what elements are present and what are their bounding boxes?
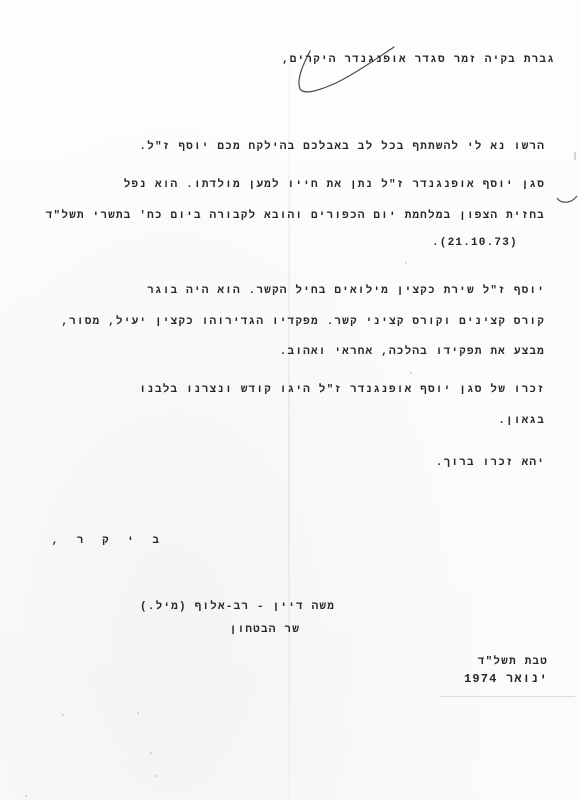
paper-fold-line: [288, 0, 290, 800]
paragraph-3-line-2: קורס קצינים וקורס קציני קשר. מפקדיו הגדי…: [61, 316, 545, 328]
paragraph-3-line-3: מבצע את תפקידו בהלכה, אחראי ואהוב.: [280, 346, 545, 358]
scan-speck: [137, 712, 139, 714]
paragraph-4-line-2: בגאון.: [498, 415, 545, 427]
scan-speck: [405, 262, 407, 264]
closing-line: ב י ק ר ,: [52, 535, 165, 547]
scan-edge-line: [440, 696, 575, 697]
scanned-letter-page: גברת בקיה זמר סגדר אופנגנדר היקרים, הרשו…: [0, 0, 580, 800]
scan-speck: [25, 795, 27, 797]
paragraph-4-line-1: זכרו של סגן יוסף אופנגנדר ז"ל היגו קודש …: [139, 384, 545, 396]
scan-speck: [150, 752, 152, 754]
date-hebrew: טבת תשל"ד: [478, 656, 548, 668]
letter-salutation: גברת בקיה זמר סגדר אופנגנדר היקרים,: [282, 54, 555, 66]
paragraph-2-line-2: בחזית הצפון במלחמת יום הכפורים והובא לקב…: [46, 210, 545, 222]
signature-title: שר הבטחון: [230, 624, 300, 636]
scan-speck: [155, 775, 157, 777]
paragraph-1-line-1: הרשו נא לי להשתתף בכל לב באבלכם בהילקח מ…: [139, 141, 545, 153]
signature-name: משה דיין - רב-אלוף (מיל.): [140, 601, 335, 613]
scan-speck: [62, 714, 64, 716]
pen-stroke-mark: [290, 45, 400, 95]
paragraph-3-line-1: יוסף ז"ל שירת כקצין מילואים בחיל הקשר. ה…: [147, 285, 545, 297]
blessing-line: יהא זכרו ברוך.: [436, 457, 545, 469]
paragraph-2-line-1: סגן יוסף אופנגנדר ז"ל נתן את חייו למען מ…: [124, 179, 545, 191]
scan-speck: [410, 372, 412, 374]
date-gregorian: ינואר 1974: [464, 672, 548, 686]
paragraph-2-date: .(21.10.73): [432, 237, 518, 249]
edge-curl-mark: [555, 150, 580, 205]
